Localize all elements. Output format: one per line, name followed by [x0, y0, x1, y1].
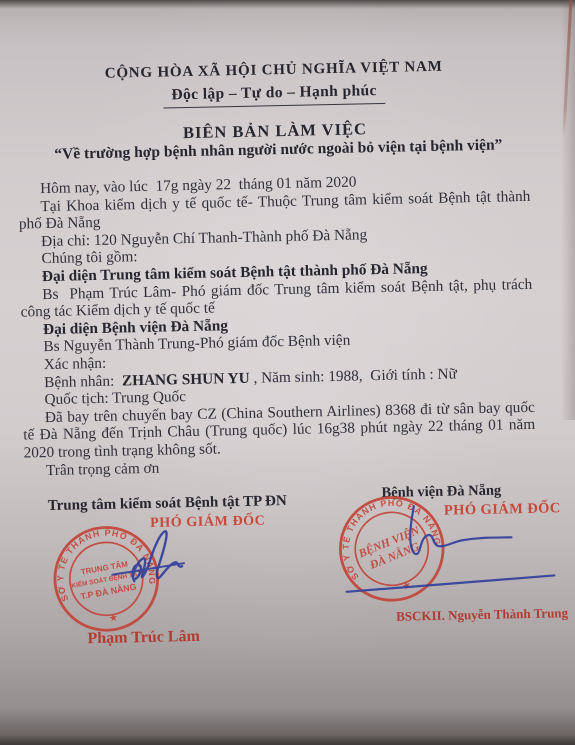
- patient-details: , Năm sinh: 1988, Giới tính : Nữ: [249, 365, 456, 386]
- patient-name: ZHANG SHUN YU: [122, 369, 250, 389]
- paper: CỘNG HÒA XÃ HỘI CHỦ NGHĨA VIỆT NAM Độc l…: [0, 0, 575, 745]
- motto: Độc lập – Tự do – Hạnh phúc: [163, 82, 385, 109]
- left-signer-name: Phạm Trúc Lâm: [87, 628, 200, 648]
- right-signer-name: BSCKII. Nguyễn Thành Trung: [396, 605, 568, 625]
- motto-wrap: Độc lập – Tự do – Hạnh phúc: [0, 78, 554, 112]
- nguyen-thanh-trung-signature: [339, 497, 561, 602]
- body-text: Hôm nay, vào lúc 17g ngày 22 tháng 01 nă…: [18, 170, 536, 480]
- star-icon: ★: [108, 612, 119, 624]
- patient-label: Bệnh nhân:: [44, 372, 122, 391]
- left-org-title: Trung tâm kiểm soát Bệnh tật TP ĐN: [48, 493, 287, 515]
- pham-truc-lam-signature: [103, 518, 200, 610]
- document-photo: CỘNG HÒA XÃ HỘI CHỦ NGHĨA VIỆT NAM Độc l…: [0, 0, 575, 745]
